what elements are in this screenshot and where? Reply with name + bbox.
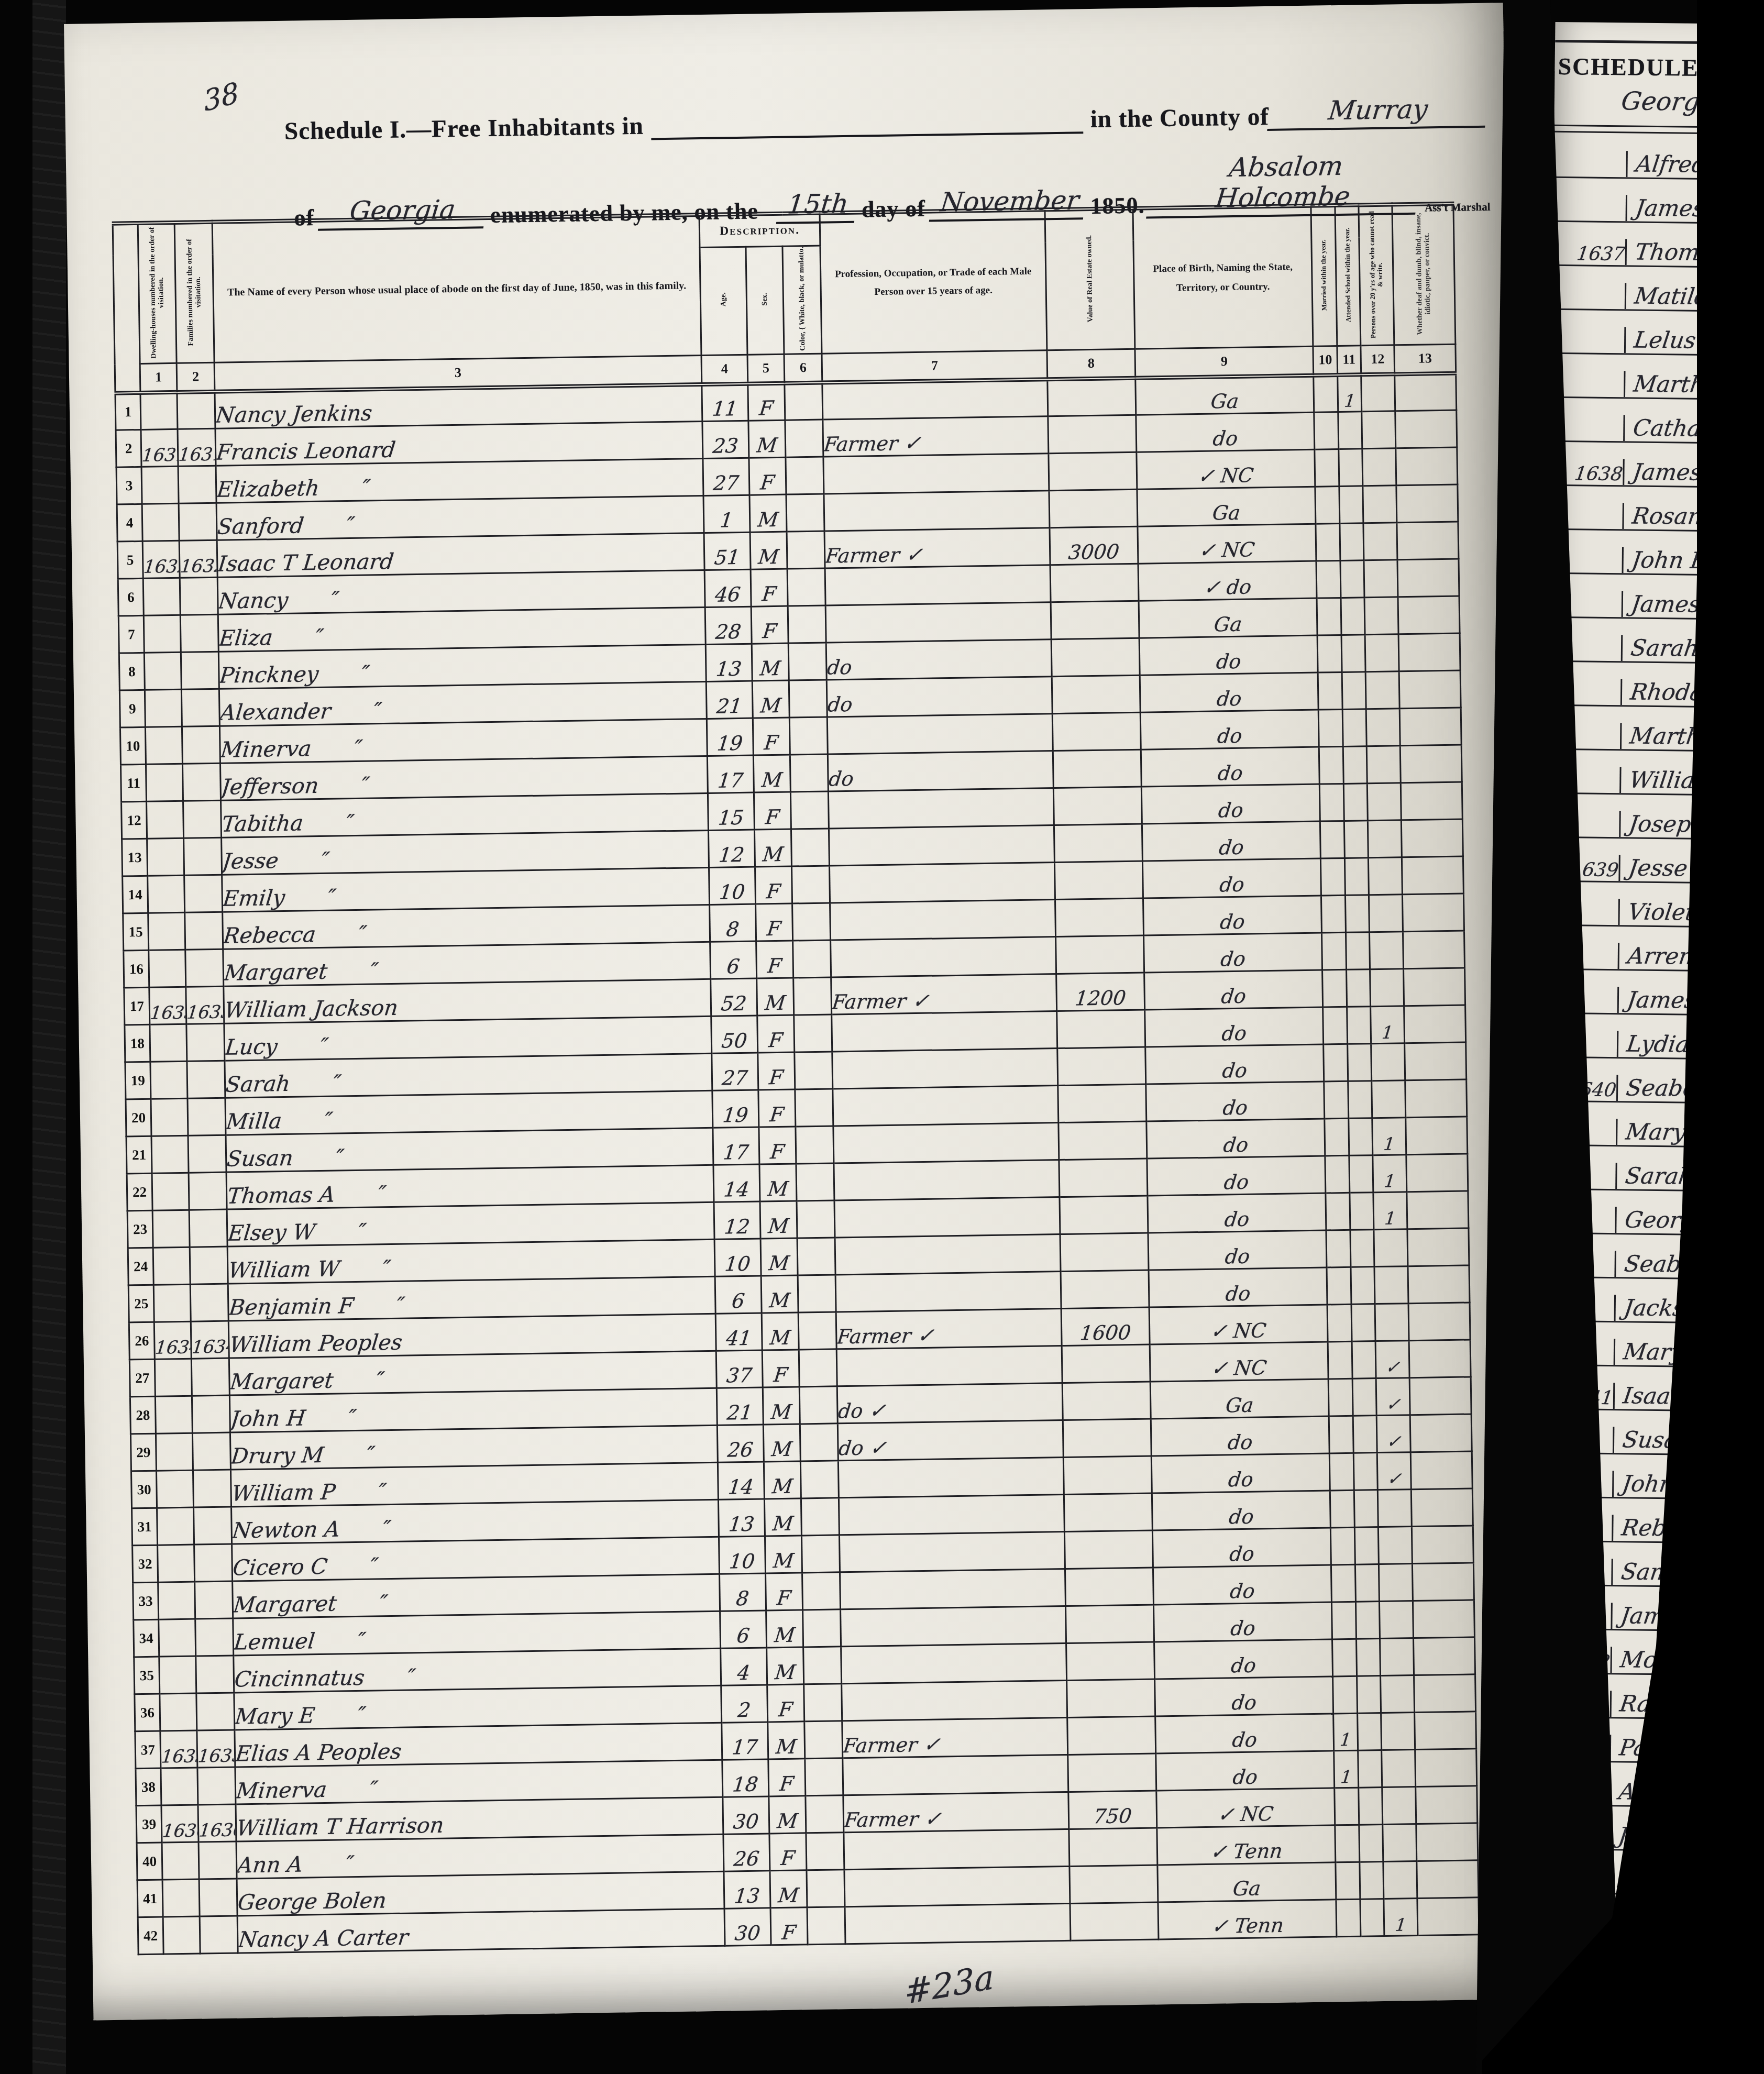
illiterate-mark: ✓ (1385, 1431, 1402, 1451)
column-number-6: 6 (784, 354, 822, 383)
column-number-11: 11 (1337, 346, 1361, 375)
birthplace-value: Ga (1210, 390, 1240, 413)
row-number: 10 (126, 738, 140, 754)
birthplace-value: do (1220, 1022, 1248, 1045)
row-number: 39 (142, 1816, 156, 1832)
person-name: Emily ″ (222, 884, 337, 911)
sex-value: M (759, 694, 782, 718)
person-name: Cicero C ″ (232, 1553, 380, 1580)
real-estate-value: 750 (1093, 1804, 1133, 1828)
schedule-header-line1: Schedule I.—Free Inhabitants in in the C… (284, 93, 1487, 146)
col-infirmity-header: Whether deaf and dumb, blind, insane, id… (1392, 204, 1456, 345)
age-value: 13 (715, 657, 743, 681)
sex-value: F (769, 1103, 785, 1126)
sex-value: F (780, 1847, 796, 1870)
person-name: Lelus (1633, 327, 1697, 354)
age-value: 14 (727, 1475, 755, 1499)
age-value: 14 (723, 1178, 751, 1201)
illiterate-mark: 1 (1394, 1914, 1407, 1935)
occupation-value: do (826, 693, 854, 716)
col-dwelling-header: Dwelling-houses numbered in the order of… (138, 223, 177, 364)
family-number: 1635 (197, 1745, 235, 1767)
row-number: 41 (143, 1890, 157, 1906)
person-name: William W ″ (227, 1255, 392, 1283)
col-sex-header: Sex. (746, 246, 784, 355)
person-name: Violet (1626, 899, 1696, 925)
dwelling-number: 1634 (154, 1337, 191, 1358)
row-number: 36 (140, 1704, 155, 1720)
age-value: 11 (711, 397, 739, 421)
person-name: Nancy Jenkins (215, 400, 373, 428)
row-number: 16 (129, 961, 144, 976)
sex-value: M (767, 1177, 790, 1201)
birthplace-value: do (1222, 1133, 1250, 1157)
sex-value: M (776, 1810, 799, 1833)
sex-value: M (777, 1884, 800, 1907)
sex-value: M (768, 1289, 791, 1312)
birthplace-value: ✓ do (1203, 575, 1253, 599)
illiterate-mark: 1 (1383, 1171, 1396, 1192)
col-school-header: Attended School within the year. (1335, 205, 1361, 346)
birthplace-value: do (1218, 836, 1245, 859)
age-value: 19 (722, 1104, 749, 1127)
birthplace-value: do (1221, 1096, 1249, 1120)
birthplace-value: do (1219, 947, 1247, 971)
age-value: 10 (724, 1252, 752, 1276)
sex-value: F (766, 880, 782, 903)
age-value: 8 (735, 1587, 751, 1610)
person-name: Cincinnatus ″ (234, 1664, 417, 1692)
family-number: 1633 (186, 1001, 224, 1023)
row-number: 8 (128, 664, 136, 679)
sex-value: M (770, 1438, 793, 1461)
person-name: Minerva ″ (219, 735, 363, 763)
sex-value: F (762, 620, 778, 643)
family-number: 1632 (179, 556, 217, 577)
family-number: 1631 (178, 444, 216, 466)
age-value: 26 (733, 1847, 760, 1871)
sex-value: F (781, 1921, 797, 1944)
sex-value: M (762, 843, 785, 866)
person-name: Benjamin F ″ (228, 1293, 406, 1320)
person-name: Drury M ″ (230, 1442, 376, 1469)
person-name: John H ″ (229, 1405, 358, 1432)
birthplace-value: do (1220, 985, 1247, 1008)
age-value: 27 (721, 1066, 749, 1090)
col-name-header: The Name of every Person whose usual pla… (212, 215, 701, 362)
birthplace-value: ✓ NC (1210, 1356, 1268, 1380)
sex-value: F (761, 582, 777, 605)
occupation-value: Farmer ✓ (843, 1807, 943, 1832)
person-name: Ann A ″ (236, 1851, 355, 1878)
county-value: Murray (1267, 93, 1489, 131)
col-birthplace-header: Place of Birth, Naming the State, Territ… (1133, 206, 1313, 349)
birthplace-value: Ga (1225, 1394, 1255, 1417)
age-value: 1 (719, 509, 734, 532)
column-number-7: 7 (822, 350, 1048, 382)
row-number: 12 (127, 812, 141, 828)
person-name: Pinckney ″ (218, 660, 371, 688)
birthplace-value: ✓ NC (1209, 1319, 1267, 1343)
occupation-value: Farmer ✓ (831, 989, 931, 1014)
sex-value: M (764, 991, 787, 1015)
dwelling-number: 1632 (142, 556, 180, 578)
sex-value: M (756, 434, 779, 457)
sex-value: M (767, 1215, 790, 1238)
description-group-header: Description. (699, 213, 820, 247)
row-number: 22 (133, 1184, 147, 1199)
row-number-column-header (113, 223, 140, 393)
person-name: Milla ″ (225, 1108, 334, 1134)
occupation-value: Farmer ✓ (836, 1324, 935, 1349)
family-number: 1637 (1576, 243, 1627, 265)
birthplace-value: ✓ NC (1217, 1802, 1275, 1826)
age-value: 28 (714, 620, 742, 644)
person-name: Jesse (1627, 855, 1689, 881)
sex-value: F (769, 1140, 786, 1163)
census-table: Dwelling-houses numbered in the order of… (112, 202, 1480, 1956)
age-value: 8 (725, 918, 741, 941)
person-name: George Bolen (237, 1888, 388, 1915)
row-number: 15 (128, 924, 142, 940)
row-number: 11 (127, 775, 140, 791)
col-age-header: Age. (700, 247, 747, 356)
person-name: Elias A Peoples (235, 1739, 403, 1767)
birthplace-value: do (1212, 427, 1239, 450)
age-value: 6 (736, 1624, 751, 1647)
age-value: 21 (715, 694, 743, 718)
real-estate-value: 3000 (1067, 540, 1120, 564)
row-number: 6 (127, 589, 135, 605)
page-corner-number: 38 (202, 76, 240, 118)
sex-value: F (766, 917, 782, 940)
row-number: 20 (131, 1109, 146, 1125)
person-name: Mary E ″ (234, 1702, 367, 1729)
row-number: 32 (138, 1555, 152, 1571)
column-number-5: 5 (747, 354, 785, 383)
sex-value: F (768, 1029, 784, 1052)
person-name: Minerva ″ (235, 1776, 379, 1803)
person-name: Francis Leonard (215, 437, 397, 465)
person-name: Margaret ″ (223, 958, 380, 985)
row-number: 35 (140, 1667, 154, 1683)
illiterate-mark: ✓ (1384, 1356, 1401, 1377)
person-name: Sanford ″ (216, 512, 356, 539)
person-name: William Jackson (224, 995, 400, 1023)
person-name: Eliza ″ (218, 624, 325, 651)
age-value: 51 (713, 546, 741, 569)
column-number-10: 10 (1313, 346, 1338, 376)
birthplace-value: do (1218, 873, 1245, 897)
illiterate-mark: 1 (1381, 1022, 1394, 1043)
birthplace-value: Ga (1232, 1877, 1262, 1901)
person-name: Jesse ″ (222, 847, 331, 874)
age-value: 13 (728, 1513, 756, 1536)
column-number-4: 4 (701, 355, 748, 384)
birthplace-value: do (1230, 1654, 1257, 1678)
occupation-value: Farmer ✓ (842, 1733, 942, 1758)
census-table-body: 1Nancy Jenkins11FGa1216311631Francis Leo… (115, 373, 1479, 1955)
row-number: 31 (137, 1518, 151, 1534)
county-label: in the County of (1090, 103, 1269, 134)
birthplace-value: do (1223, 1208, 1251, 1231)
age-value: 17 (717, 769, 745, 792)
age-value: 23 (712, 434, 740, 458)
birthplace-value: do (1225, 1282, 1252, 1306)
row-number: 30 (137, 1481, 151, 1497)
age-value: 30 (734, 1922, 762, 1945)
person-name: Rebecca ″ (223, 921, 368, 948)
age-value: 6 (731, 1289, 746, 1312)
age-value: 18 (732, 1773, 759, 1796)
birthplace-value: Ga (1213, 613, 1243, 636)
sex-value: F (758, 396, 775, 420)
person-name: Mary (1624, 1119, 1688, 1145)
column-number-9: 9 (1135, 346, 1314, 378)
person-name: Elizabeth ″ (216, 475, 372, 502)
row-number: 26 (135, 1332, 149, 1348)
sex-value: M (773, 1624, 796, 1647)
illiterate-mark: ✓ (1386, 1468, 1403, 1488)
person-name: Elsey W ″ (227, 1219, 368, 1246)
sex-value: M (760, 768, 784, 792)
age-value: 6 (726, 955, 741, 978)
sex-value: M (771, 1475, 794, 1498)
person-name: Lucy ″ (224, 1033, 330, 1060)
row-number: 24 (134, 1258, 148, 1274)
person-name: William Peoples (228, 1330, 403, 1358)
birthplace-value: do (1224, 1245, 1251, 1268)
person-name: William T Harrison (236, 1813, 445, 1841)
birthplace-value: do (1229, 1580, 1256, 1603)
sex-value: M (769, 1326, 792, 1350)
person-name: Susan ″ (226, 1144, 345, 1171)
age-value: 37 (725, 1364, 753, 1387)
family-number: 1634 (191, 1336, 229, 1358)
birthplace-value: do (1227, 1468, 1254, 1492)
row-number: 14 (128, 887, 142, 902)
school-mark: 1 (1343, 391, 1356, 411)
row-number: 1 (125, 404, 132, 420)
person-name: Alexander ″ (219, 698, 383, 725)
age-value: 15 (718, 806, 745, 830)
birthplace-value: Ga (1211, 501, 1242, 525)
sex-value: M (770, 1400, 793, 1424)
age-value: 2 (737, 1698, 752, 1722)
family-number: 1636 (198, 1819, 236, 1841)
birthplace-value: do (1229, 1617, 1256, 1640)
row-number: 18 (130, 1035, 145, 1051)
birthplace-value: do (1228, 1505, 1255, 1529)
real-estate-value: 1600 (1079, 1321, 1132, 1345)
birthplace-value: do (1216, 724, 1243, 748)
person-name: Sarah (1629, 635, 1701, 661)
person-name: Lydia (1625, 1031, 1691, 1057)
person-name: Margaret ″ (233, 1590, 389, 1617)
birthplace-value: do (1228, 1542, 1255, 1566)
age-value: 12 (723, 1215, 751, 1239)
birthplace-value: do (1219, 910, 1246, 934)
birthplace-value: do (1216, 687, 1243, 711)
age-value: 4 (736, 1661, 752, 1684)
row-number: 17 (130, 998, 144, 1013)
sex-value: F (765, 806, 781, 829)
age-value: 19 (716, 732, 744, 755)
age-value: 10 (719, 880, 746, 904)
row-number: 21 (132, 1146, 146, 1162)
sex-value: M (759, 657, 782, 680)
dwelling-number: 1631 (141, 445, 178, 466)
person-name: James (1631, 459, 1703, 486)
age-value: 46 (714, 583, 742, 606)
row-number: 3 (126, 478, 133, 493)
row-number: 38 (141, 1779, 156, 1794)
age-value: 17 (722, 1141, 750, 1164)
row-number: 13 (127, 850, 141, 865)
real-estate-value: 1200 (1074, 986, 1127, 1010)
age-value: 52 (720, 992, 748, 1016)
schedule-title: Schedule I.—Free Inhabitants in (284, 112, 644, 146)
row-number: 5 (127, 552, 134, 568)
birthplace-value: do (1217, 799, 1244, 822)
blank-division-line (651, 107, 1083, 140)
married-mark: 1 (1339, 1729, 1352, 1750)
person-name: Jefferson ″ (220, 773, 371, 800)
person-name: Lemuel ″ (233, 1628, 367, 1655)
col-family-header: Families numbered in the order of visita… (174, 222, 214, 363)
row-number: 37 (141, 1741, 155, 1757)
col-married-header: Married within the year. (1311, 205, 1337, 346)
row-number: 33 (138, 1593, 152, 1608)
married-mark: 1 (1340, 1767, 1353, 1787)
sex-value: F (776, 1586, 792, 1609)
dwelling-number: 1633 (149, 1002, 186, 1023)
person-name: Nancy A Carter (237, 1925, 410, 1952)
birthplace-value: ✓ Tenn (1209, 1839, 1283, 1863)
sex-value: F (778, 1698, 794, 1721)
row-number: 25 (134, 1295, 148, 1311)
age-value: 50 (721, 1029, 748, 1053)
sex-value: M (757, 545, 780, 569)
age-value: 27 (712, 471, 740, 495)
sex-value: M (757, 508, 780, 532)
sex-value: F (768, 1066, 785, 1089)
birthplace-value: do (1223, 1171, 1250, 1194)
row-number: 28 (136, 1407, 150, 1422)
birthplace-value: do (1227, 1431, 1254, 1454)
illiterate-mark: 1 (1384, 1208, 1397, 1229)
occupation-value: do (828, 767, 855, 791)
col-illiterate-header: Persons over 20 y'rs of age who cannot r… (1359, 204, 1394, 345)
film-edge (32, 0, 66, 2074)
age-value: 26 (726, 1438, 754, 1462)
sex-value: F (763, 731, 779, 754)
person-name: Sarah ″ (225, 1070, 343, 1097)
row-number: 4 (126, 515, 134, 531)
row-number: 2 (125, 440, 133, 456)
col-color-header: Color, { White, black, or mulatto. (782, 246, 822, 355)
row-number: 34 (139, 1630, 153, 1646)
person-name: James (1630, 591, 1702, 617)
age-value: 10 (729, 1550, 756, 1573)
bottom-tally-mark: #23a (904, 1958, 995, 2012)
birthplace-value: do (1230, 1691, 1258, 1715)
age-value: 12 (718, 843, 746, 867)
illiterate-mark: ✓ (1385, 1394, 1402, 1414)
age-value: 17 (731, 1736, 759, 1759)
birthplace-value: do (1231, 1766, 1259, 1789)
sex-value: M (775, 1735, 798, 1759)
occupation-value: do ✓ (837, 1399, 887, 1422)
dwelling-number: 1636 (161, 1820, 199, 1841)
row-number: 29 (136, 1444, 150, 1460)
birthplace-value: ✓ NC (1197, 464, 1255, 488)
sex-value: M (771, 1512, 795, 1536)
row-number: 23 (133, 1221, 147, 1237)
family-number: 1638 (1573, 463, 1624, 485)
person-name: Thomas A ″ (226, 1181, 387, 1209)
birthplace-value: ✓ Tenn (1210, 1914, 1284, 1938)
occupation-value: do ✓ (837, 1436, 888, 1460)
age-value: 30 (732, 1810, 760, 1834)
occupation-value: Farmer ✓ (824, 543, 924, 568)
row-number: 40 (142, 1853, 157, 1869)
illiterate-mark: 1 (1383, 1134, 1396, 1154)
age-value: 13 (733, 1884, 761, 1908)
sex-value: M (768, 1252, 791, 1275)
occupation-value: Farmer ✓ (823, 432, 922, 456)
person-name: Nancy ″ (217, 587, 340, 613)
birthplace-value: do (1217, 762, 1244, 785)
person-name: Margaret ″ (229, 1367, 385, 1394)
person-name: Rhoda (1629, 679, 1705, 705)
person-name: Tabitha ″ (221, 810, 356, 837)
row-number: 42 (144, 1927, 158, 1943)
row-number: 7 (128, 626, 135, 642)
person-name: Isaac T Leonard (217, 549, 395, 577)
birthplace-value: do (1221, 1059, 1248, 1083)
person-name: Newton A ″ (231, 1516, 392, 1543)
sex-value: F (779, 1772, 795, 1795)
column-number-13: 13 (1394, 344, 1456, 374)
person-name: William P ″ (230, 1479, 388, 1506)
dwelling-number: 1635 (160, 1746, 197, 1767)
column-number-1: 1 (140, 363, 177, 392)
sex-value: M (774, 1661, 797, 1684)
birthplace-value: ✓ NC (1198, 538, 1256, 562)
person-name: James (1634, 195, 1706, 222)
row-number: 9 (129, 701, 136, 716)
sex-value: F (773, 1363, 789, 1386)
age-value: 21 (726, 1401, 754, 1425)
col-occupation-header: Profession, Occupation, or Trade of each… (820, 209, 1047, 354)
col-real-estate-header: Value of Real Estate owned. (1045, 208, 1135, 350)
column-number-2: 2 (177, 362, 215, 392)
scanned-census-document: 38 Schedule I.—Free Inhabitants in in th… (0, 0, 1764, 2074)
column-number-8: 8 (1047, 349, 1135, 379)
birthplace-value: do (1231, 1728, 1258, 1752)
birthplace-value: do (1215, 650, 1242, 674)
occupation-value: do (826, 656, 853, 679)
row-number: 27 (135, 1370, 149, 1385)
sex-value: F (759, 471, 776, 494)
sex-value: M (772, 1549, 795, 1573)
age-value: 41 (725, 1327, 753, 1350)
sex-value: F (767, 954, 783, 977)
column-number-12: 12 (1361, 345, 1395, 374)
row-number: 19 (131, 1072, 145, 1088)
left-page: 38 Schedule I.—Free Inhabitants in in th… (64, 3, 1533, 2020)
